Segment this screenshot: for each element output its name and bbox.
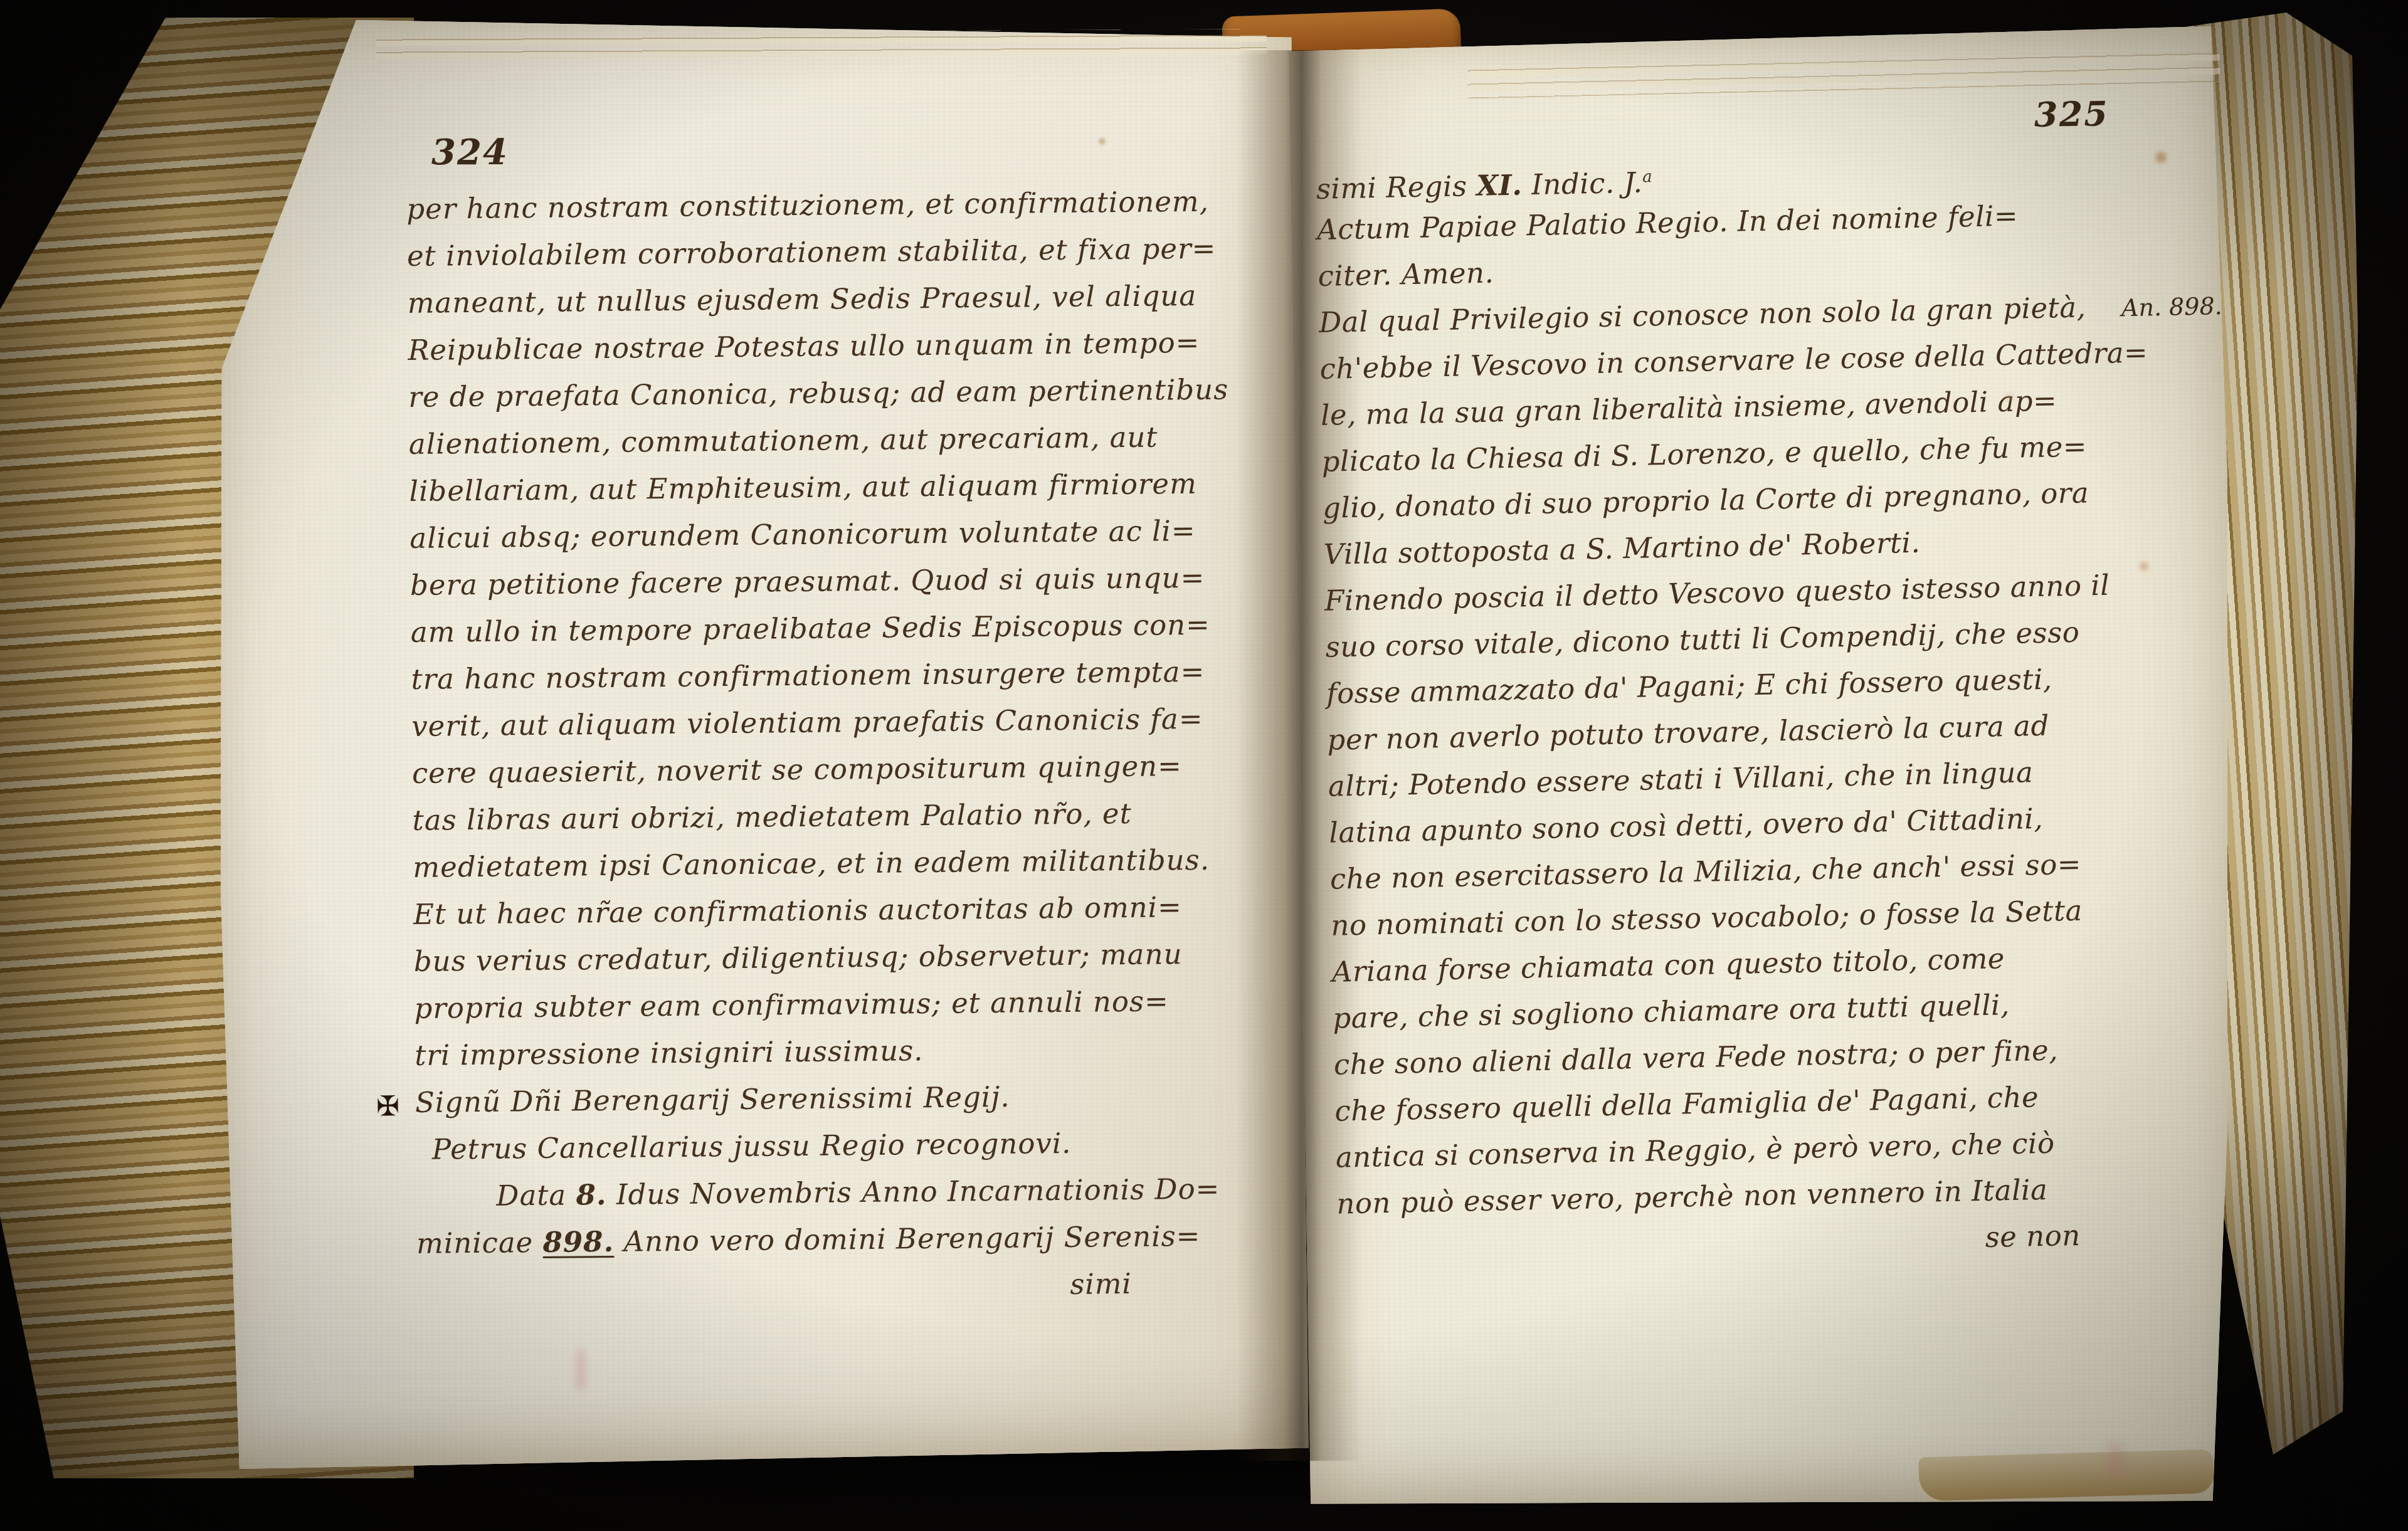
manuscript-line: am ullo in tempore praelibatae Sedis Epi… xyxy=(410,601,1289,656)
margin-note-year: An. 898. xyxy=(2121,283,2222,331)
line1-roman-numeral: XI. xyxy=(1476,168,1523,202)
page-stack-edges-top-left xyxy=(376,29,1267,62)
manuscript-line: verit, aut aliquam violentiam praefatis … xyxy=(411,695,1290,750)
petrus-line: Petrus Cancellarius jussu Regio recognov… xyxy=(415,1117,1294,1172)
manuscript-line: Et ut haec nr̃ae confirmationis auctorit… xyxy=(413,883,1292,938)
page-number-left: 324 xyxy=(431,132,509,173)
manuscript-line: re de praefata Canonica, rebusq; ad eam … xyxy=(408,366,1287,421)
manuscript-line: et inviolabilem corroborationem stabilit… xyxy=(407,224,1286,280)
manuscript-line: cere quaesierit, noverit se compositurum… xyxy=(412,742,1291,797)
data-line-pre: Data xyxy=(496,1178,576,1212)
dal-qual-text: Dal qual Privilegio si conosce non solo … xyxy=(1319,290,2086,339)
signum-line: ✠ Signũ Dñi Berengarij Serenissimi Regij… xyxy=(415,1070,1294,1125)
manuscript-line: tas libras auri obrizi, medietatem Palat… xyxy=(412,789,1291,844)
manuscript-photo: 324 325 per hanc nostram constituzionem,… xyxy=(0,0,2408,1531)
manuscript-line: libellariam, aut Emphiteusim, aut aliqua… xyxy=(409,460,1287,515)
signum-text: Signũ Dñi Berengarij Serenissimi Regij. xyxy=(415,1080,1010,1119)
manuscript-line: tra hanc nostram confirmationem insurger… xyxy=(411,648,1289,703)
catchword-left: simi xyxy=(417,1258,1296,1313)
manuscript-line: alicui absq; eorundem Canonicorum volunt… xyxy=(409,507,1288,562)
data-line-post: Idus Novembris Anno Incarnationis Do= xyxy=(606,1172,1220,1211)
minicae-post: Anno vero domini Berengarij Serenis= xyxy=(614,1219,1201,1258)
left-page-text-block: per hanc nostram constituzionem, et conf… xyxy=(406,177,1295,1314)
manuscript-line: propria subter eam confirmavimus; et ann… xyxy=(414,977,1292,1032)
page-number-right: 325 xyxy=(2034,93,2109,135)
manuscript-line: per hanc nostram constituzionem, et conf… xyxy=(406,177,1285,233)
right-page-text-block: simi Regis XI. Indic. J.a Actum Papiae P… xyxy=(1316,144,2181,1274)
manuscript-line: medietatem ipsi Canonicae, et in eadem m… xyxy=(413,836,1291,891)
line1-pre: simi Regis xyxy=(1316,169,1476,206)
manuscript-line: maneant, ut nullus ejusdem Sedis Praesul… xyxy=(407,271,1286,327)
manuscript-line: bus verius credatur, diligentiusq; obser… xyxy=(414,930,1292,985)
manuscript-line: bera petitione facere praesumat. Quod si… xyxy=(410,554,1289,609)
maltese-cross-icon: ✠ xyxy=(376,1083,401,1130)
line1-superscript: a xyxy=(1642,167,1653,186)
line1-mid: Indic. J. xyxy=(1522,166,1643,202)
manuscript-line: tri impressione insigniri iussimus. xyxy=(415,1023,1293,1078)
data-line-day: 8. xyxy=(576,1178,606,1211)
minicae-pre: minicae xyxy=(416,1226,543,1260)
manuscript-line: Reipublicae nostrae Potestas ullo unquam… xyxy=(408,318,1286,374)
data-line: Data 8. Idus Novembris Anno Incarnationi… xyxy=(416,1164,1294,1219)
underlying-page-edge-bottom-right xyxy=(1918,1449,2214,1501)
manuscript-line: alienationem, commutationem, aut precari… xyxy=(409,413,1287,468)
minicae-line: minicae 898. Anno vero domini Berengarij… xyxy=(416,1211,1295,1266)
minicae-year: 898. xyxy=(542,1225,614,1259)
